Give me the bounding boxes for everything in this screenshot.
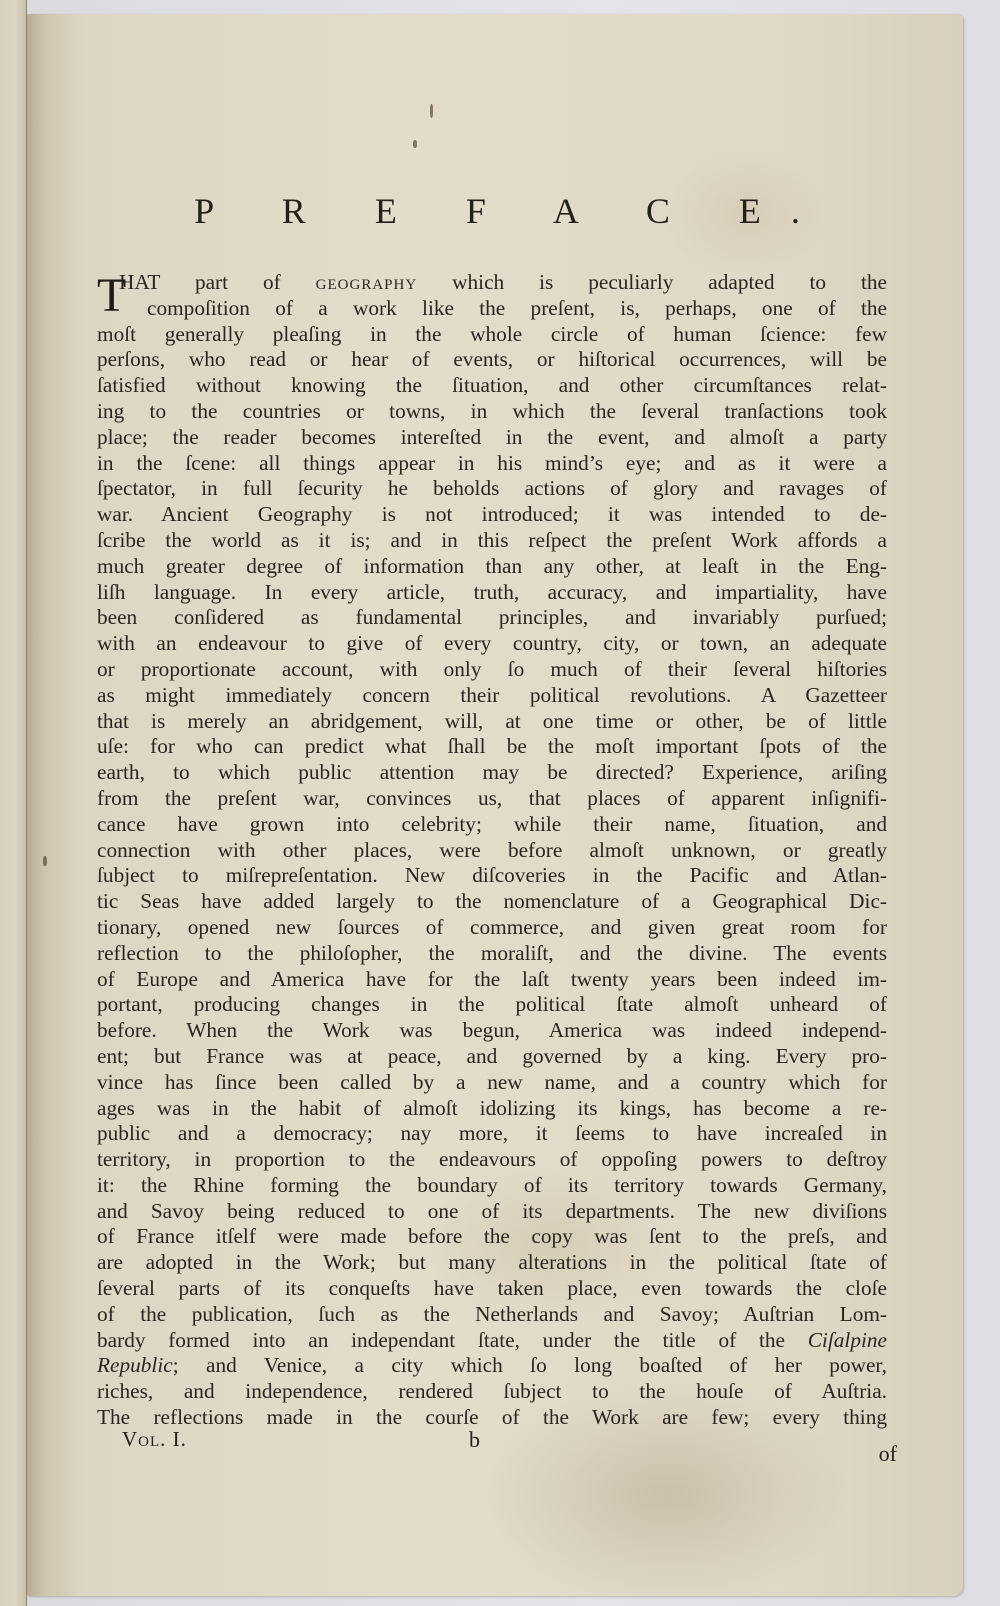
text-line: place; the reader becomes intereſted in …	[97, 425, 887, 451]
text-line: in the ſcene: all things appear in his m…	[97, 451, 887, 477]
text-block: P R E F A C E. T HAT part of geography w…	[97, 14, 887, 1596]
text-line: cance have grown into celebrity; while t…	[97, 812, 887, 838]
text-line: of France itſelf were made before the co…	[97, 1224, 887, 1250]
text-line: or proportionate account, with only ſo m…	[97, 657, 887, 683]
volume-label: Vol. I.	[122, 1427, 187, 1452]
text-line: of Europe and America have for the laſt …	[97, 967, 887, 993]
small-caps-word: geography	[316, 270, 418, 294]
signature-mark: b	[469, 1427, 480, 1453]
text-line: and Savoy being reduced to one of its de…	[97, 1199, 887, 1225]
catchword: of	[879, 1441, 897, 1467]
facing-page-edge	[0, 0, 27, 1606]
text-line: ent; but France was at peace, and govern…	[97, 1044, 887, 1070]
text-line: compoſition of a work like the preſent, …	[97, 296, 887, 322]
text-line: it: the Rhine forming the boundary of it…	[97, 1173, 887, 1199]
text-line: are adopted in the Work; but many altera…	[97, 1250, 887, 1276]
preface-body: T HAT part of geography which is peculia…	[97, 270, 887, 1431]
text-line: moſt generally pleaſing in the whole cir…	[97, 322, 887, 348]
text-line: T HAT part of geography which is peculia…	[97, 270, 887, 296]
text-line: ſubject to miſrepreſentation. New diſcov…	[97, 863, 887, 889]
book-photo: P R E F A C E. T HAT part of geography w…	[0, 0, 1000, 1606]
text-line: war. Ancient Geography is not introduced…	[97, 502, 887, 528]
text-line: as might immediately concern their polit…	[97, 683, 887, 709]
text-line: that is merely an abridgement, will, at …	[97, 709, 887, 735]
text-line: of the publication, ſuch as the Netherla…	[97, 1302, 887, 1328]
book-page: P R E F A C E. T HAT part of geography w…	[27, 14, 963, 1596]
page-footer: Vol. I. b of	[97, 1427, 887, 1467]
text-line: public and a democracy; nay more, it ſee…	[97, 1121, 887, 1147]
text-line: perſons, who read or hear of events, or …	[97, 347, 887, 373]
text-line: ing to the countries or towns, in which …	[97, 399, 887, 425]
text-line: with an endeavour to give of every count…	[97, 631, 887, 657]
italic-term: Ciſalpine	[808, 1328, 887, 1352]
text-line: bardy formed into an independant ſtate, …	[97, 1328, 887, 1354]
text-line: vince has ſince been called by a new nam…	[97, 1070, 887, 1096]
text-line: ſeveral parts of its conqueſts have take…	[97, 1276, 887, 1302]
text-line: before. When the Work was begun, America…	[97, 1018, 887, 1044]
text-line: territory, in proportion to the endeavou…	[97, 1147, 887, 1173]
text-line: riches, and independence, rendered ſubje…	[97, 1379, 887, 1405]
text-line: been conſidered as fundamental principle…	[97, 605, 887, 631]
page-title: P R E F A C E.	[97, 190, 887, 232]
text-line: ages was in the habit of almoſt idolizin…	[97, 1096, 887, 1122]
text-line: tionary, opened new ſources of commerce,…	[97, 915, 887, 941]
drop-cap: T	[97, 272, 126, 320]
text-line: uſe: for who can predict what ſhall be t…	[97, 734, 887, 760]
text-line: reflection to the philoſopher, the moral…	[97, 941, 887, 967]
text-line: from the preſent war, convinces us, that…	[97, 786, 887, 812]
text-line: connection with other places, were befor…	[97, 838, 887, 864]
italic-term: Republic	[97, 1353, 173, 1377]
text-line: portant, producing changes in the politi…	[97, 992, 887, 1018]
text-line: ſcribe the world as it is; and in this r…	[97, 528, 887, 554]
text-line: Republic; and Venice, a city which ſo lo…	[97, 1353, 887, 1379]
text-line: tic Seas have added largely to the nomen…	[97, 889, 887, 915]
text-line: ſpectator, in full ſecurity he beholds a…	[97, 476, 887, 502]
text-line: ſatisfied without knowing the ſituation,…	[97, 373, 887, 399]
paper-speck	[43, 856, 47, 866]
text-line: much greater degree of information than …	[97, 554, 887, 580]
text-line: liſh language. In every article, truth, …	[97, 580, 887, 606]
text-line: earth, to which public attention may be …	[97, 760, 887, 786]
